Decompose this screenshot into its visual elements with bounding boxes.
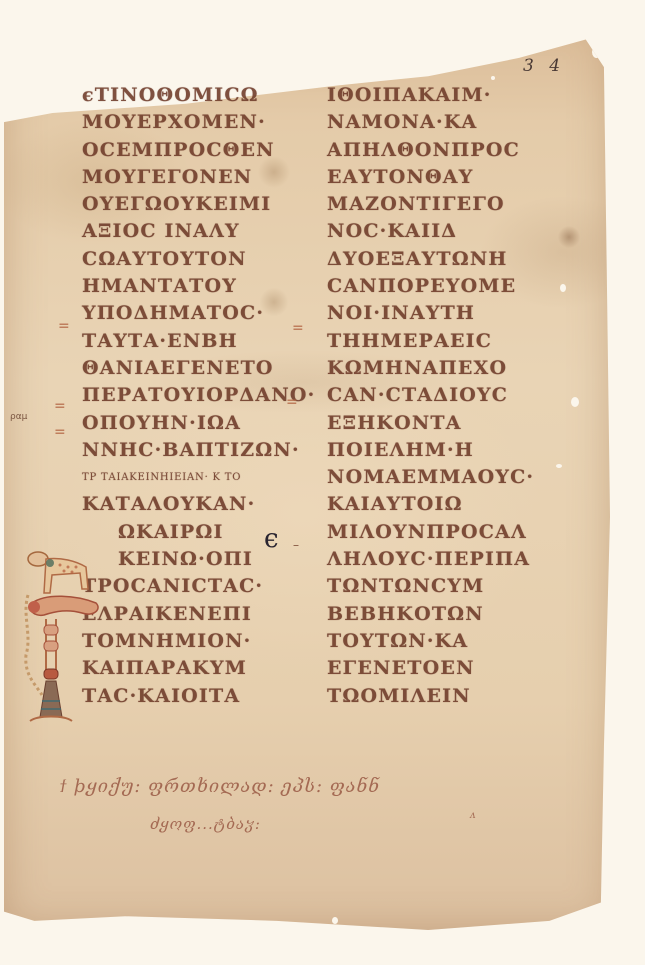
text-line: ϹΑΝ·ϹΤΑΔΙΟΥϹ — [327, 382, 534, 409]
text-line: ΝΝΗϹ·ΒΑΠΤΙΖΩΝ· — [82, 437, 315, 464]
text-line: ΝΑΜΟΝΑ·ΚΑ — [327, 109, 534, 136]
text-line: ΒΕΒΗΚΟΤΩΝ — [327, 601, 534, 628]
parchment-hole — [332, 917, 338, 924]
margin-note: ραμ — [10, 412, 27, 422]
text-line: ΚΕΙΝΩ·ΟΠΙ — [82, 546, 315, 573]
correction-dash: – — [293, 538, 299, 552]
text-line: ϹΩΑΥΤΟΥΤΟΝ — [82, 246, 315, 273]
text-line: ΕΛΡΑΙΚΕΝΕΠΙ — [82, 601, 315, 628]
text-column-right: ΙΘΟΙΠΑΚΑΙΜ· ΝΑΜΟΝΑ·ΚΑ ΑΠΗΛΘΟΝΠΡΟϹ ΕΑΥΤΟΝ… — [327, 82, 534, 710]
parchment-hole — [491, 76, 495, 80]
text-line: ΔΥΟΕΞΑΥΤΩΝΗ — [327, 246, 534, 273]
text-line: ΜΟΥΕΡΧΟΜΕΝ· — [82, 109, 315, 136]
text-line: ΩΚΑΙΡΩΙ — [82, 519, 315, 546]
text-line: ΤΩΟΜΙΛΕΙΝ — [327, 683, 534, 710]
text-line: ΕΓΕΝΕΤΟΕΝ — [327, 655, 534, 682]
parchment-hole — [592, 46, 601, 58]
section-marker: = — [286, 394, 298, 410]
parchment-hole — [556, 464, 562, 468]
text-line: ΟΥΕΓΩΟΥΚΕΙΜΙ — [82, 191, 315, 218]
text-line: ΥΠΟΔΗΜΑΤΟϹ· — [82, 300, 315, 327]
text-line: ΤΟΜΝΗΜΙΟΝ· — [82, 628, 315, 655]
text-line: ΟϹΕΜΠΡΟϹΘΕΝ — [82, 137, 315, 164]
text-line: ΤΟΥΤΩΝ·ΚΑ — [327, 628, 534, 655]
text-line: ΝΟϹ·ΚΑΙΙΔ — [327, 218, 534, 245]
illuminated-initial-icon — [16, 545, 106, 735]
text-line: ΗΜΑΝΤΑΤΟΥ — [82, 273, 315, 300]
section-marker: = — [54, 398, 66, 414]
text-line: ϵΤΙΝΟΘΟΜΙϹΩ — [82, 82, 315, 109]
text-line: ΚΑΤΑΛΟΥΚΑΝ· — [82, 491, 315, 518]
text-column-left: ϵΤΙΝΟΘΟΜΙϹΩ ΜΟΥΕΡΧΟΜΕΝ· ΟϹΕΜΠΡΟϹΘΕΝ ΜΟΥΓ… — [82, 82, 315, 710]
text-line: ΤΗΗΜΕΡΑΕΙϹ — [327, 328, 534, 355]
parchment-hole — [571, 397, 579, 407]
later-annotation-mark: ᴧ — [470, 810, 476, 821]
text-line: ΘΑΝΙΑΕΓΕΝΕΤΟ — [82, 355, 315, 382]
parchment-hole — [560, 284, 566, 292]
text-line: ΑΠΗΛΘΟΝΠΡΟϹ — [327, 137, 534, 164]
text-line: ΟΠΟΥΗΝ·ΙΩΑ — [82, 410, 315, 437]
section-marker: = — [58, 318, 70, 334]
text-line: ΙΘΟΙΠΑΚΑΙΜ· — [327, 82, 534, 109]
lection-heading: ΤΡ ΤΑΙΑΚΕΙΝΗΙΕΙΑΝ· Κ ΤΟ — [82, 464, 315, 491]
text-line: ΜΙΛΟΥΝΠΡΟϹΑΛ — [327, 519, 534, 546]
text-line: ΜΟΥΓΕΓΟΝΕΝ — [82, 164, 315, 191]
text-line: ΚΩΜΗΝΑΠΕΧΟ — [327, 355, 534, 382]
text-line: ΤΑϹ·ΚΑΙΟΙΤΑ — [82, 683, 315, 710]
later-annotation-line-1: ϯ ϸყიქუ: ფრთხილად: ეპს: ფანნ — [60, 776, 380, 797]
section-marker: = — [54, 424, 66, 440]
text-line: ΑΞΙΟϹ ΙΝΑΛΥ — [82, 218, 315, 245]
later-annotation-line-2: ძყოფ...ტბაჳ: — [150, 815, 261, 833]
text-line: ΚΑΙΠΑΡΑΚΥΜ — [82, 655, 315, 682]
text-line: ΛΗΛΟΥϹ·ΠΕΡΙΠΑ — [327, 546, 534, 573]
section-marker: = — [292, 320, 304, 336]
text-line: ΕΑΥΤΟΝΘΑΥ — [327, 164, 534, 191]
text-line: ΝΟΙ·ΙΝΑΥΤΗ — [327, 300, 534, 327]
text-line: ΜΑΖΟΝΤΙΓΕΓΟ — [327, 191, 534, 218]
text-line: ΤΑΥΤΑ·ΕΝΒΗ — [82, 328, 315, 355]
text-line: ΝΟΜΑΕΜΜΑΟΥϹ· — [327, 464, 534, 491]
folio-number: 3 4 — [523, 56, 565, 76]
text-line: ΠΕΡΑΤΟΥΙΟΡΔΑΝΟ· — [82, 382, 315, 409]
text-line: ΚΑΙΑΥΤΟΙΩ — [327, 491, 534, 518]
text-line: ΕΞΗΚΟΝΤΑ — [327, 410, 534, 437]
text-line: ΤΩΝΤΩΝϹΥΜ — [327, 573, 534, 600]
text-line: ϹΑΝΠΟΡΕΥΟΜΕ — [327, 273, 534, 300]
correction-mark: ϵ — [264, 524, 279, 554]
text-line: ΠΟΙΕΛΗΜ·Η — [327, 437, 534, 464]
text-line: ΤΡΟϹΑΝΙϹΤΑϹ· — [82, 573, 315, 600]
